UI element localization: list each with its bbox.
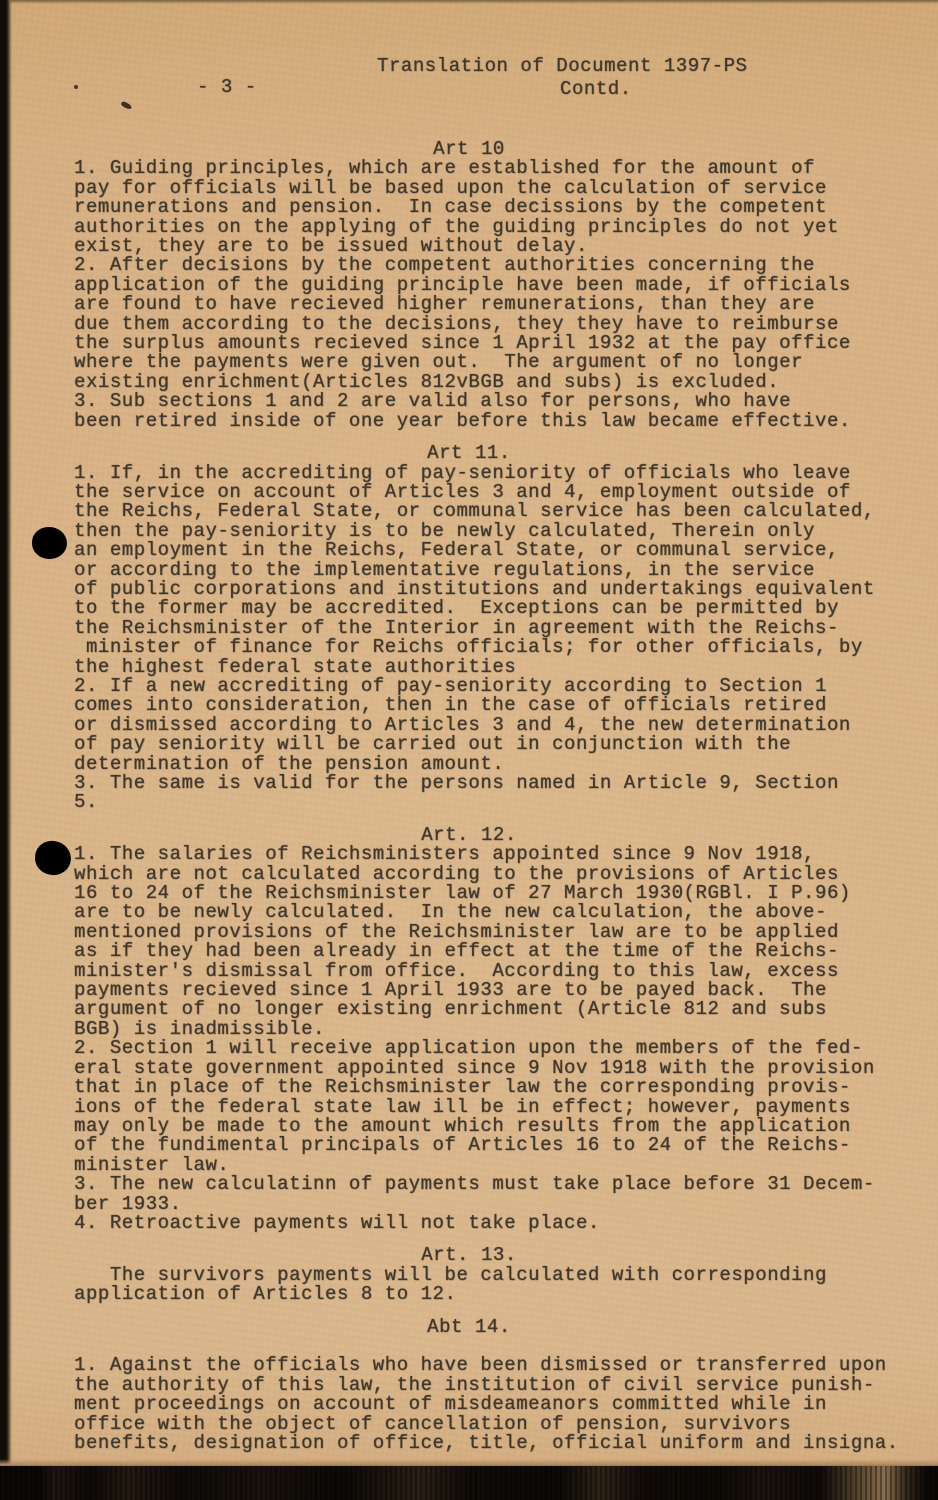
text-line: 2. Section 1 will receive application up… [74, 1039, 938, 1058]
page-left-edge [0, 0, 12, 1500]
text-line: 3. The new calculatinn of payments must … [74, 1175, 938, 1194]
article-section: Art 11.1. If, in the accrediting of pay-… [74, 444, 938, 813]
text-line: benefits, designation of office, title, … [74, 1434, 938, 1453]
text-line: ment proceedings on account of misdeamea… [74, 1395, 938, 1414]
article-section: Art. 13. The survivors payments will be … [74, 1246, 938, 1304]
article-heading: Art 11. [74, 444, 864, 463]
scanned-document-page: - 3 - Translation of Document 1397-PS Co… [0, 0, 938, 1500]
document-body: Art 101. Guiding principles, which are e… [74, 140, 938, 1453]
document-header-title: Translation of Document 1397-PS [377, 57, 748, 76]
text-line: of the fundimental principals of Article… [74, 1136, 938, 1155]
article-section: Abt 14.1. Against the officials who have… [74, 1318, 938, 1454]
text-line: are found to have recieved higher remune… [74, 295, 938, 314]
text-line: to the former may be accredited. Excepti… [74, 599, 938, 618]
text-line: been retired inside of one year before t… [74, 412, 938, 431]
ink-speck [120, 101, 132, 111]
text-line: of pay seniority will be carried out in … [74, 735, 938, 754]
text-line: 2. After decisions by the competent auth… [74, 256, 938, 275]
scan-background-strip [0, 1466, 938, 1500]
document-header-contd: Contd. [560, 80, 632, 99]
text-line: 5. [74, 793, 938, 812]
text-line: ions of the federal state law ill be in … [74, 1098, 938, 1117]
hole-punch-bottom [33, 839, 73, 878]
text-line: 3. The same is valid for the persons nam… [74, 774, 938, 793]
article-heading: Abt 14. [74, 1318, 864, 1337]
text-line: are to be newly calculated. In the new c… [74, 903, 938, 922]
text-line: comes into consideration, then in the ca… [74, 696, 938, 715]
article-section: Art 101. Guiding principles, which are e… [74, 140, 938, 431]
text-line: 1. If, in the accrediting of pay-seniori… [74, 464, 938, 483]
text-line: argument of no longer existing enrichmen… [74, 1000, 938, 1019]
text-line: remunerations and pension. In case decis… [74, 198, 938, 217]
text-line: where the payments were given out. The a… [74, 353, 938, 372]
text-line: 3. Sub sections 1 and 2 are valid also f… [74, 392, 938, 411]
text-line: the Reichs, Federal State, or communal s… [74, 502, 938, 521]
text-line: 1. Guiding principles, which are establi… [74, 159, 938, 178]
hole-punch-top [32, 527, 67, 559]
text-line: minister of finance for Reichs officials… [74, 638, 938, 657]
ink-speck [74, 85, 78, 89]
page-number: - 3 - [197, 78, 257, 97]
page-top-edge [0, 0, 938, 4]
text-line: 1. The salaries of Reichsministers appoi… [74, 845, 938, 864]
text-line: 4. Retroactive payments will not take pl… [74, 1214, 938, 1233]
text-line: application of Articles 8 to 12. [74, 1285, 938, 1304]
article-heading: Art. 13. [74, 1246, 864, 1265]
article-section: Art. 12.1. The salaries of Reichsministe… [74, 826, 938, 1234]
text-line: an employment in the Reichs, Federal Sta… [74, 541, 938, 560]
text-line: that in place of the Reichsminister law … [74, 1078, 938, 1097]
text-line: 1. Against the officials who have been d… [74, 1356, 938, 1375]
text-line: as if they had been already in effect at… [74, 942, 938, 961]
